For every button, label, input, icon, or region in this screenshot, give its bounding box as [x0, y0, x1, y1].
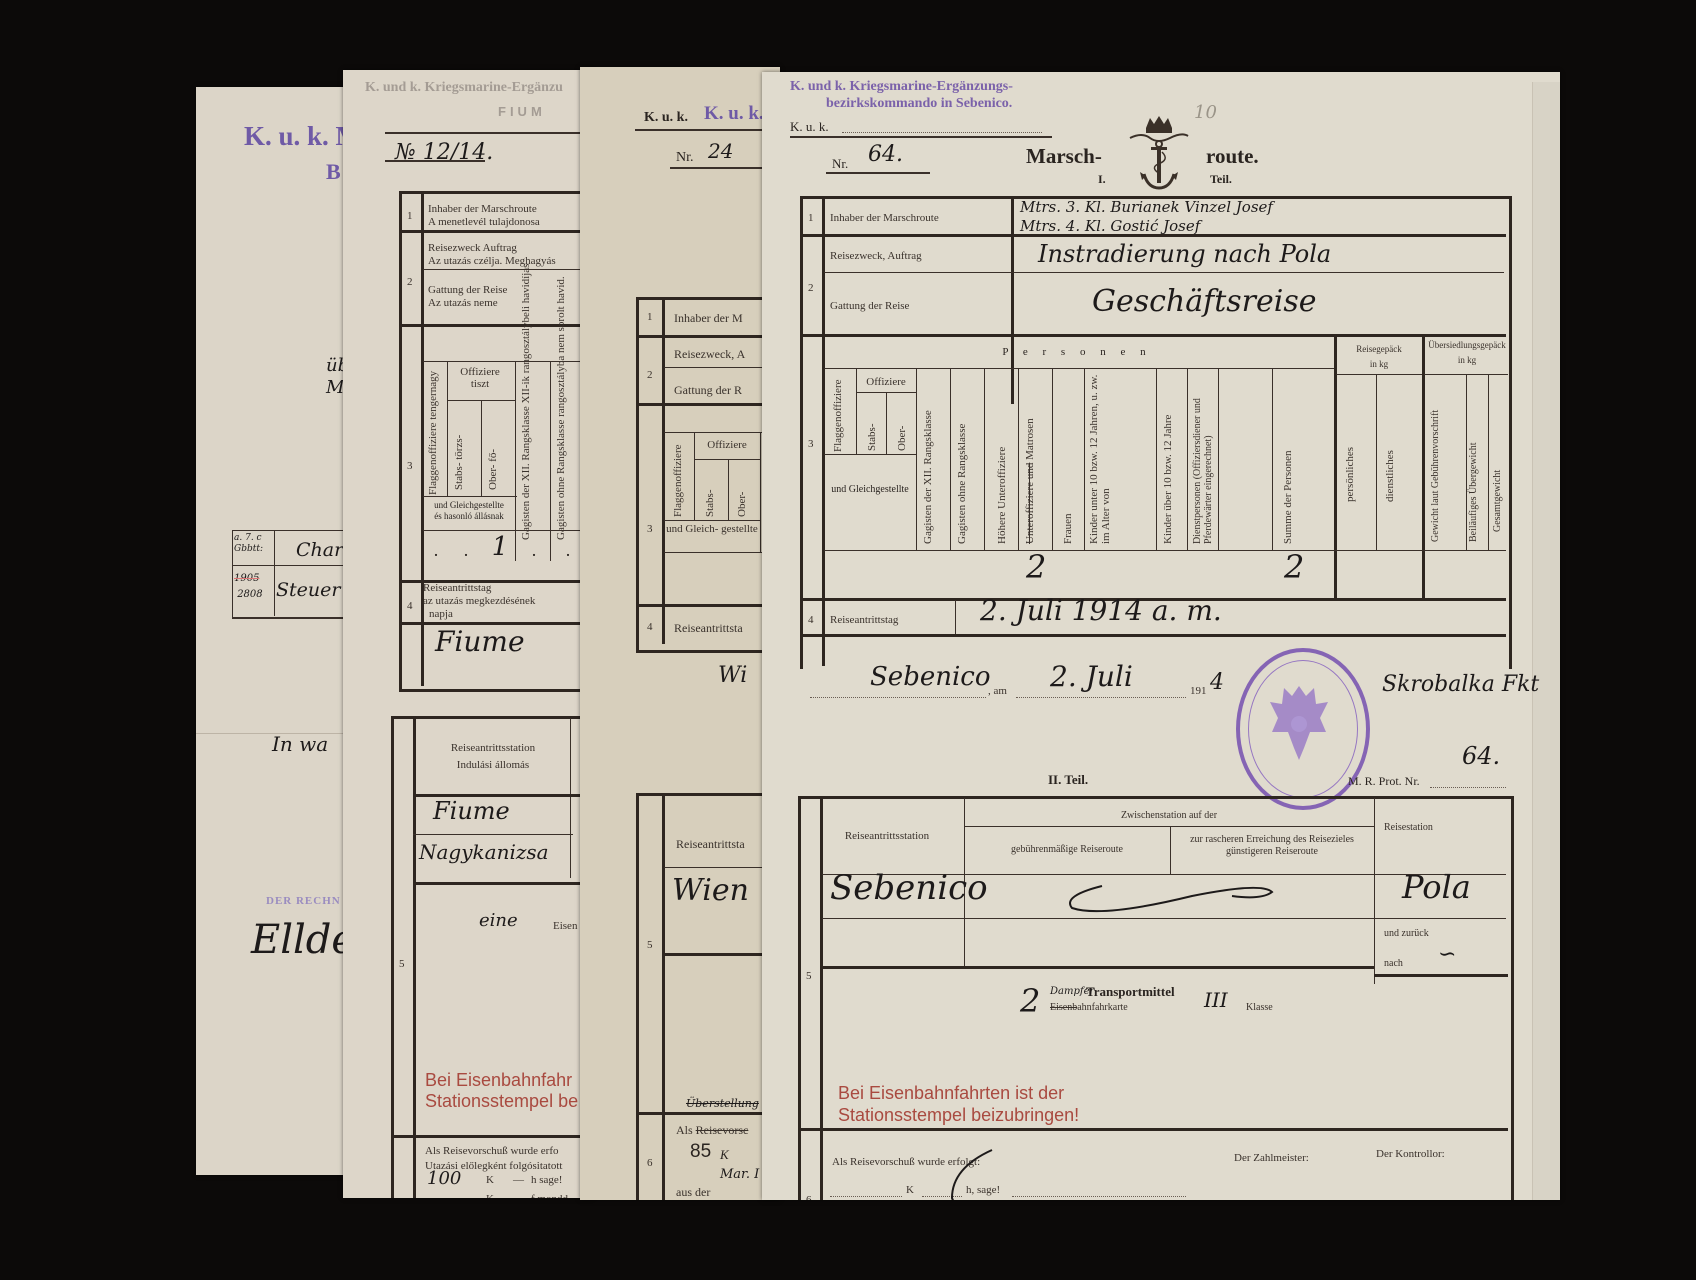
label-reisezweck-c: Reisezweck, A — [674, 347, 745, 362]
personen-header: P e r s o n e n — [862, 346, 1292, 358]
nr-label-d: Nr. — [832, 156, 848, 172]
row-number-4: 4 — [808, 614, 814, 626]
label-reiseantrittstag-c: Reiseantrittsta — [674, 621, 743, 636]
mr-prot-label: M. R. Prot. Nr. — [1348, 774, 1420, 789]
agency-stamp-b-city: FIUM — [498, 104, 546, 119]
col-summe: Summe der Personen — [1282, 372, 1294, 544]
transport-suffix-b: Eisen — [553, 920, 577, 932]
am-label: , am — [988, 685, 1007, 697]
cancel-flourish — [922, 1148, 1402, 1200]
col-total-weight: Gesamtgewicht — [1492, 432, 1504, 532]
row-number: 2 — [407, 276, 413, 288]
label-class: Klasse — [1246, 1002, 1273, 1013]
dash: — — [513, 1174, 524, 1186]
label-offiziere-b: Offizieretiszt — [447, 366, 513, 390]
year-prefix: 191 — [1190, 685, 1207, 697]
part-word: Teil. — [1210, 172, 1232, 187]
nr-label-c: Nr. — [676, 150, 694, 166]
k-label: K — [486, 1174, 494, 1186]
station-start-b: Fiume — [433, 797, 510, 825]
row-number: 3 — [647, 523, 653, 535]
ditto-flourish — [1062, 878, 1302, 918]
label-reisezweck-b: Reisezweck AuftragAz utazás czélja. Megh… — [428, 242, 556, 268]
label-reiseantrittstag-b: Reiseantrittstagaz utazás megkezdésénekn… — [423, 582, 535, 621]
col-weight-regulation: Gewicht laut Gebührenvorschrift — [1430, 392, 1458, 542]
table-a-r1-code: a. 7. cGbbtt: — [234, 533, 263, 555]
label-reiseantrittstag: Reiseantrittstag — [830, 614, 898, 626]
row-number: 4 — [647, 621, 653, 633]
agency-stamp-d: K. und k. Kriegsmarine-Ergänzungs-bezirk… — [790, 78, 1013, 112]
label-gattung-c: Gattung der R — [674, 383, 742, 398]
signature-a: Ellde — [251, 917, 355, 963]
col-baggage-official: dienstliches — [1384, 402, 1396, 502]
right-edge-strip — [1532, 82, 1560, 1200]
date-c: Wi — [718, 663, 747, 688]
count-matrosen: 2 — [1026, 548, 1046, 586]
issue-place: Sebenico — [870, 662, 991, 692]
label-gattung: Gattung der Reise — [830, 300, 909, 312]
col-dienstpersonen: Dienstpersonen (Offiziersdiener und Pfer… — [1192, 372, 1216, 544]
row-number-1: 1 — [808, 212, 814, 224]
row-number: 2 — [647, 369, 653, 381]
title-left: Marsch- — [1026, 144, 1102, 169]
purpose-value: Instradierung nach Pola — [1038, 240, 1331, 268]
type-value: Geschäftsreise — [1092, 284, 1317, 319]
station-mid-b: Nagykanizsa — [419, 840, 549, 864]
row-number-6: 6 — [806, 1194, 812, 1200]
place-b: Fiume — [435, 625, 525, 658]
label-inhaber-b: Inhaber der MarschrouteA menetlevél tula… — [428, 203, 540, 229]
f-mondd-label: f mondd — [531, 1193, 568, 1198]
col-frauen: Frauen — [1062, 372, 1074, 544]
row-number: 6 — [647, 1157, 653, 1169]
document-sheet-d: K. und k. Kriegsmarine-Ergänzungs-bezirk… — [762, 72, 1560, 1200]
col-ober-b: Ober- fő- — [487, 415, 499, 490]
label-offiziere: Offiziere — [856, 376, 916, 388]
col-ober: Ober- — [896, 407, 908, 451]
part2-label: II. Teil. — [1048, 772, 1088, 788]
warning-b: Bei EisenbahnfahrStationsstempel be — [425, 1070, 578, 1112]
table-a-r1-value: Char — [296, 539, 343, 561]
transport-b: eine — [479, 910, 518, 931]
transport-count: 2 — [1020, 982, 1040, 1020]
label-offiziere-c: Offiziere — [694, 439, 760, 451]
row-number: 5 — [647, 939, 653, 951]
col-ober-c: Ober- — [736, 467, 748, 517]
holder-value: Mtrs. 3. Kl. Burianek Vinzel JosefMtrs. … — [1020, 198, 1273, 236]
counts-row-b: . . 1 . . — [423, 540, 593, 562]
col-flaggen-b: Flaggenoffiziere tengernagy — [427, 375, 439, 495]
row-number-3: 3 — [808, 438, 814, 450]
departure-date: 2. Juli 1914 a. m. — [980, 594, 1222, 627]
label-inhaber-c: Inhaber der M — [674, 311, 743, 326]
title-right: route. — [1206, 144, 1259, 169]
col-gagisten-xii-b: Gagisten der XII. Rangsklasse XII-ik ran… — [520, 370, 532, 540]
baggage-header: Reisegepäckin kg — [1336, 342, 1422, 372]
row-number: 5 — [399, 958, 405, 970]
k-label: K — [906, 1184, 914, 1196]
label-destination: Reisestation — [1384, 822, 1433, 833]
h-sage-label: h sage! — [531, 1174, 562, 1186]
col-kinder-unter: Kinder unter 10 bzw. 12 Jahren, u. zw. i… — [1088, 372, 1124, 544]
transport-type: Dampfer — [1050, 986, 1094, 997]
col-gagisten-ohne: Gagisten ohne Rangsklasse — [956, 372, 980, 544]
row-number-5: 5 — [806, 970, 812, 982]
pencil-note: 10 — [1194, 102, 1217, 123]
label-inhaber: Inhaber der Marschroute — [830, 212, 939, 224]
row-number-2: 2 — [808, 282, 814, 294]
label-ticket: Eisenbahnfahrkarte — [1050, 1002, 1128, 1013]
anchor-icon — [1124, 114, 1194, 194]
mr-prot-value: 64. — [1462, 742, 1500, 770]
nr-value-d: 64. — [868, 142, 903, 167]
k-label: K — [486, 1193, 494, 1198]
table-a-r2-code: 1905 2808 — [234, 571, 263, 603]
destination-value: Pola — [1402, 868, 1471, 906]
note-c: Überstellung — [686, 1097, 759, 1110]
col-baggage-personal: persönliches — [1344, 402, 1356, 502]
label-gleich-b: und Gleichgestellteés hasonló állásnak — [423, 500, 515, 522]
col-gagisten-xii: Gagisten der XII. Rangsklasse — [922, 372, 946, 544]
anchor-crown-emblem — [1124, 114, 1194, 194]
advance-amount-b: 100 — [427, 1168, 461, 1189]
label-to: nach — [1384, 958, 1403, 969]
label-aus-der-c: aus der — [676, 1185, 710, 1200]
part-roman: I. — [1098, 172, 1106, 187]
row-number: 1 — [407, 210, 413, 222]
document-sheet-b: K. und k. Kriegsmarine-Ergänzu FIUM № 12… — [343, 70, 593, 1198]
label-als-c: Als Reisevorsc — [676, 1123, 748, 1138]
label-transport: Transportmittel — [1086, 984, 1175, 1000]
col-flaggen: Flaggenoffiziere — [832, 382, 844, 452]
k-label: K — [720, 1147, 729, 1163]
label-gattung-b: Gattung der ReiseAz utazás neme — [428, 284, 507, 310]
table-c-lower — [636, 793, 780, 1200]
label-reisezweck: Reisezweck, Auftrag — [830, 250, 922, 262]
start-station-value: Sebenico — [830, 868, 988, 908]
col-matrosen: Unteroffiziere und Matrosen — [1024, 372, 1048, 544]
label-gleich-c: und Gleich- gestellte — [664, 523, 760, 536]
row-number: 4 — [407, 600, 413, 612]
return-ditto: ∽ — [1438, 942, 1456, 967]
table-b-lower — [391, 716, 593, 1198]
label-and-back: und zurück — [1384, 928, 1429, 939]
year-suffix: 4 — [1210, 670, 1224, 695]
class-value: III — [1204, 988, 1228, 1012]
col-stabs-b: Stabs- törzs- — [453, 415, 465, 490]
label-station-b: ReiseantrittsstationIndulási állomás — [413, 740, 573, 774]
signature-d: Skrobalka Fkt — [1382, 672, 1539, 697]
relocation-header: Übersiedlungsgepäckin kg — [1424, 338, 1510, 368]
col-stabs-c: Stabs- — [704, 467, 716, 517]
count-total: 2 — [1284, 548, 1304, 586]
kuk-label-d: K. u. k. — [790, 119, 829, 135]
row-number: 1 — [647, 311, 653, 323]
document-sheet-c: K. u. k. K. u. k. I Nr. 24 1 Inhaber der… — [580, 67, 780, 1200]
double-eagle-icon — [1236, 648, 1362, 802]
amount-c: 85 — [690, 1141, 711, 1163]
label-start-station: Reiseantrittsstation — [822, 830, 952, 842]
label-station-c: Reiseantrittsta — [676, 837, 745, 852]
col-stabs: Stabs- — [866, 407, 878, 451]
station-c: Wien — [672, 873, 749, 908]
nr-value-c: 24 — [708, 139, 733, 163]
label-gleich: und Gleichgestellte — [824, 484, 916, 495]
label-intermediate: Zwischenstation auf der — [964, 810, 1374, 821]
label-route-standard: gebührenmäßige Reiseroute — [964, 844, 1170, 855]
kuk-label-c: K. u. k. — [644, 110, 688, 126]
col-extra-weight: Beiläufiges Übergewicht — [1468, 392, 1488, 542]
col-gagisten-ohne-b: Gagisten ohne Rangsklasse rangosztályba … — [555, 370, 567, 540]
handwritten-note-a-3: In wa — [272, 732, 328, 756]
railway-stamp-warning: Bei Eisenbahnfahrten ist derStationsstem… — [838, 1082, 1079, 1126]
issue-date: 2. Juli — [1050, 660, 1133, 693]
row-number: 3 — [407, 460, 413, 472]
col-kinder-ueber: Kinder über 10 bzw. 12 Jahre — [1162, 372, 1186, 544]
label-route-faster: zur rascheren Erreichung des Reisezieles… — [1174, 834, 1370, 858]
col-flaggen-c: Flaggenoffiziere — [672, 437, 684, 517]
col-hoehere-unteroffiziere: Höhere Unteroffiziere — [996, 372, 1008, 544]
kassa-c: Mar. I — [720, 1167, 759, 1182]
rechnungs-stamp: DER RECHN — [266, 895, 341, 907]
table-a-r2-value: Steuer — [276, 579, 340, 601]
agency-stamp-b: K. und k. Kriegsmarine-Ergänzu — [365, 80, 563, 96]
